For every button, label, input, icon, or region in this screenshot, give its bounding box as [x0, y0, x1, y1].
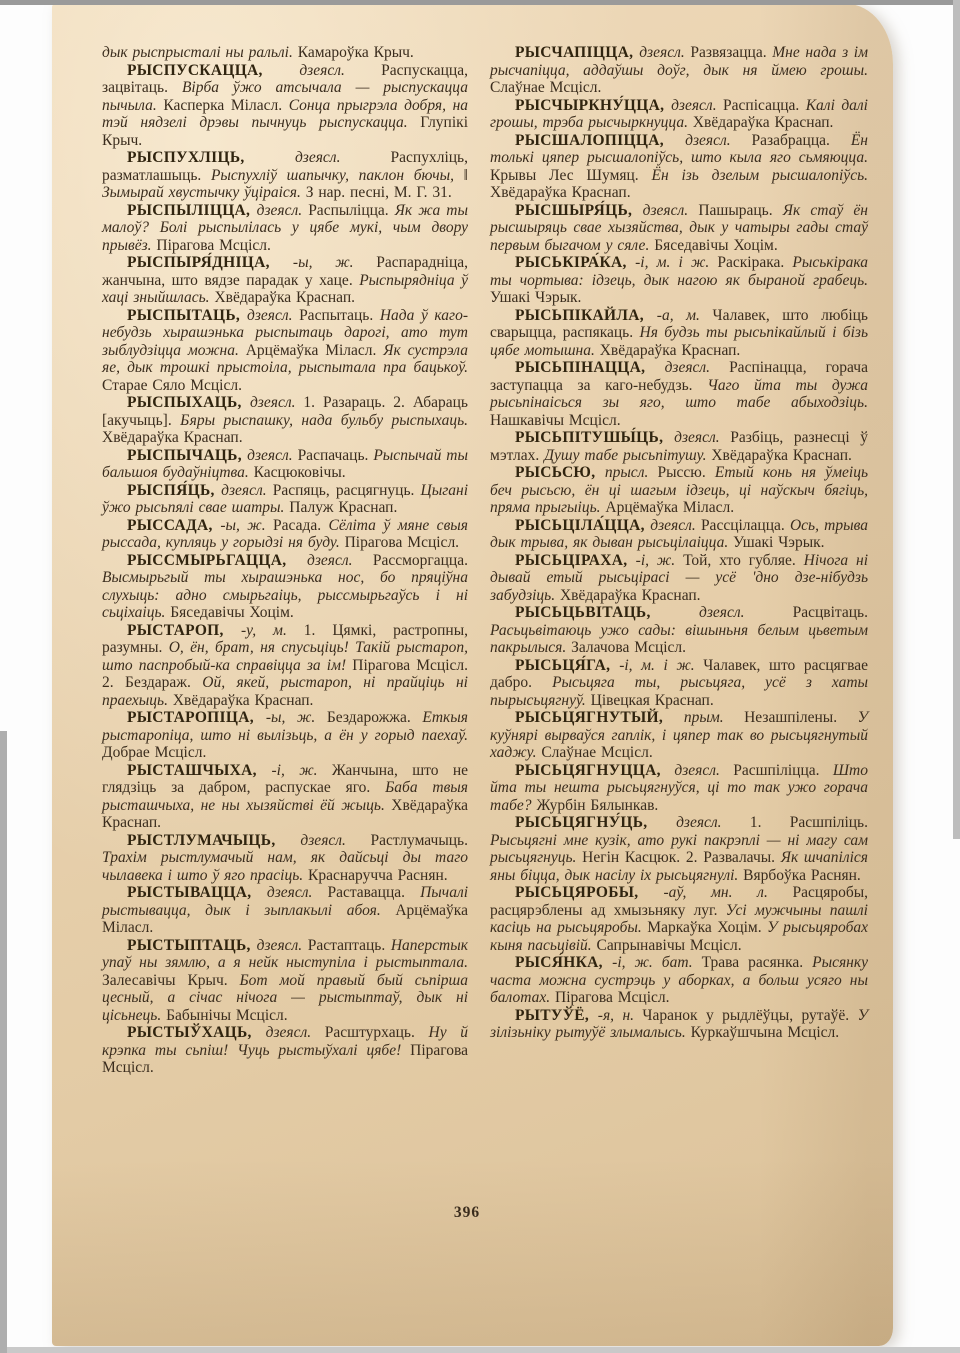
dictionary-entry: РЫСТЫПТАЦЬ, дзеясл. Растаптаць. Наперсты…: [102, 937, 468, 1025]
entry-roman-text: Незашпілены.: [744, 709, 857, 726]
entry-headword: РЫССАДА,: [127, 517, 220, 534]
dictionary-entry: РЫСТАШЧЫХА, -і, ж. Жанчына, што не глядз…: [102, 762, 468, 832]
entry-roman-text: Распачаць.: [298, 447, 374, 464]
dictionary-entry: РЫСЯ́НКА, -і, ж. бат. Трава расянка. Рыс…: [490, 954, 868, 1007]
dictionary-entry: РЫСТЛУМАЧЫЦЬ, дзеясл. Растлумачыць. Трах…: [102, 832, 468, 885]
entry-italic-text: дзеясл.: [300, 832, 370, 849]
entry-roman-text: Пірагова Мсцісл.: [345, 534, 459, 551]
page-number: 396: [102, 1204, 832, 1222]
entry-roman-text: Раскірака.: [717, 254, 792, 271]
dictionary-entry: РЫСЬЦІРАХА, -і, ж. Той, хто губляе. Нічо…: [490, 552, 868, 605]
dictionary-entry: РЫСШАЛОПІЦЦА, дзеясл. Разабрацца. Ён тол…: [490, 132, 868, 202]
scan-edge-right: [953, 0, 960, 839]
entry-italic-text: дзеясл.: [247, 307, 299, 324]
entry-roman-text: Растлумачыць.: [371, 832, 468, 849]
dictionary-entry: РЫСЬЦЯГНУ́ЦЬ, дзеясл. 1. Расшпіліць. Рыс…: [490, 814, 868, 884]
entry-roman-text: Бяседавічы Хоцім.: [170, 604, 294, 621]
entry-roman-text: Раставацца.: [327, 884, 420, 901]
dictionary-entry: дык рыспрысталі ны ральлі. Камароўка Кры…: [102, 44, 468, 62]
entry-roman-text: Сапрынавічы Мсцісл.: [597, 937, 742, 954]
entry-italic-text: Ён ізь дзелым рысшалопіўсь.: [651, 167, 868, 184]
entry-roman-text: Расцвітаць.: [793, 604, 868, 621]
entry-headword: РЫСПУСКАЦЦА,: [127, 62, 299, 79]
entry-roman-text: Цівецкая Краснап.: [591, 692, 714, 709]
entry-headword: РЫСЬПІТУШЫ́ЦЬ,: [515, 429, 674, 446]
entry-roman-text: Хвёдараўка Краснап.: [711, 447, 852, 464]
entry-roman-text: Разабрацца.: [752, 132, 851, 149]
entry-roman-text: Хвёдараўка Краснап.: [600, 342, 741, 359]
entry-italic-text: -і, м. і ж.: [635, 254, 717, 271]
entry-roman-text: Растаптаць.: [308, 937, 391, 954]
entry-roman-text: Распыліцца.: [308, 202, 395, 219]
entry-italic-text: дзеясл.: [266, 1024, 325, 1041]
entry-roman-text: Касцюковічы.: [254, 464, 346, 481]
entry-headword: РЫТУЎЁ,: [515, 1007, 598, 1024]
entry-headword: РЫСЬПІКАЙЛА,: [515, 307, 657, 324]
dictionary-entry: РЫСЬПІТУШЫ́ЦЬ, дзеясл. Разбіць, разнесці…: [490, 429, 868, 464]
entry-headword: РЫСЬЦЯ́ГА,: [515, 657, 619, 674]
entry-headword: РЫСЧАПІЦЦА,: [515, 44, 639, 61]
scan-edge-top: [0, 0, 960, 5]
entry-roman-text: Добрае Мсцісл.: [102, 744, 206, 761]
entry-headword: РЫСЯ́НКА,: [515, 954, 612, 971]
entry-headword: РЫСПЫХАЦЬ,: [127, 394, 250, 411]
dictionary-entry: РЫСЬЦЯРОБЫ, -аў, мн. л. Расцяробы, расця…: [490, 884, 868, 954]
entry-roman-text: Хвёдараўка Краснап.: [490, 184, 631, 201]
entry-headword: РЫСШАЛОПІЦЦА,: [515, 132, 685, 149]
entry-roman-text: Слаўнае Мсцісл.: [541, 744, 652, 761]
dictionary-entry: РЫСПЫЛІЦЦА, дзеясл. Распыліцца. Як жа ты…: [102, 202, 468, 255]
entry-roman-text: Пірагова Мсцісл.: [156, 237, 270, 254]
entry-headword: РЫСЬПІНАЦЦА,: [515, 359, 665, 376]
dictionary-entry: РЫСШЫРЯ́ЦЬ, дзеясл. Пашыраць. Як стаў ён…: [490, 202, 868, 255]
entry-headword: РЫСЬКІРА́КА,: [515, 254, 635, 271]
entry-italic-text: дзеясл.: [643, 202, 699, 219]
entry-roman-text: Хвёдараўка Краснап.: [693, 114, 834, 131]
entry-roman-text: Бяседавічы Хоцім.: [654, 237, 778, 254]
dictionary-entry: РЫСЬПІКАЙЛА, -а, м. Чалавек, што любіць …: [490, 307, 868, 360]
entry-roman-text: Рассцілацца.: [701, 517, 790, 534]
entry-roman-text: Рассморгацца.: [373, 552, 468, 569]
entry-roman-text: Палуж Краснап.: [289, 499, 397, 516]
entry-roman-text: Куркаўшчына Мсцісл.: [691, 1024, 840, 1041]
dictionary-entry: РЫСПЫЧАЦЬ, дзеясл. Распачаць. Рыспычай т…: [102, 447, 468, 482]
entry-roman-text: Расшпіліцца.: [733, 762, 833, 779]
entry-roman-text: Ушакі Чэрык.: [490, 289, 581, 306]
entry-roman-text: Распісацца.: [723, 97, 806, 114]
entry-roman-text: Расштурхаць.: [325, 1024, 429, 1041]
entry-italic-text: дзеясл.: [247, 447, 297, 464]
dictionary-text-area: дык рыспрысталі ны ральлі. Камароўка Кры…: [102, 44, 868, 1077]
entry-headword: РЫСПЫРЯ́ДНІЦА,: [127, 254, 293, 271]
entry-roman-text: Негін Касцюк. 2. Развалачы.: [582, 849, 781, 866]
entry-italic-text: -і, ж. бат.: [612, 954, 701, 971]
entry-headword: РЫСПЫТАЦЬ,: [127, 307, 247, 324]
entry-roman-text: Распяць, расцягнуць.: [273, 482, 421, 499]
dictionary-entry: РЫСТЫВАЦЦА, дзеясл. Раставацца. Пычалі р…: [102, 884, 468, 937]
entry-roman-text: Хвёдараўка Краснап.: [102, 429, 243, 446]
entry-italic-text: -ы, ж.: [220, 517, 273, 534]
text-column-right: РЫСЧАПІЦЦА, дзеясл. Развязацца. Мне нада…: [490, 44, 868, 1077]
entry-italic-text: дзеясл.: [685, 132, 751, 149]
dictionary-entry: РЫСПУСКАЦЦА, дзеясл. Распускацца, зацвіт…: [102, 62, 468, 150]
entry-headword: РЫСТЛУМАЧЫЦЬ,: [127, 832, 300, 849]
entry-headword: РЫСПЫЛІЦЦА,: [127, 202, 257, 219]
entry-headword: РЫСЬСЮ,: [515, 464, 605, 481]
entry-italic-text: дзеясл.: [267, 884, 328, 901]
entry-italic-text: Душу табе рысьпітушу.: [544, 447, 711, 464]
dictionary-entry: РЫСПЫТАЦЬ, дзеясл. Распытаць. Нада ў каг…: [102, 307, 468, 395]
scan-edge-bottom: [0, 1347, 960, 1353]
text-column-left: дык рыспрысталі ны ральлі. Камароўка Кры…: [102, 44, 468, 1077]
entry-italic-text: -аў, мн. л.: [663, 884, 792, 901]
entry-roman-text: Камароўка Крыч.: [298, 44, 414, 61]
entry-italic-text: дзеясл.: [674, 429, 730, 446]
entry-italic-text: Бяры рыспашку, нада бульбу рыспыхаць.: [180, 412, 468, 429]
scan-edge-left: [0, 731, 7, 1353]
entry-roman-text: Чаранок у рыдлёўцы, рутаўё.: [642, 1007, 857, 1024]
entry-headword: РЫСШЫРЯ́ЦЬ,: [515, 202, 643, 219]
entry-italic-text: дзеясл.: [299, 62, 381, 79]
entry-headword: РЫСЬЦЯГНУТЫЙ,: [515, 709, 684, 726]
entry-italic-text: -я, н.: [598, 1007, 643, 1024]
entry-roman-text: Журбін Бялынкав.: [536, 797, 658, 814]
entry-roman-text: Той, хто губляе.: [683, 552, 804, 569]
entry-roman-text: Залесавічы Крыч.: [102, 972, 240, 989]
entry-headword: РЫСТЫПТАЦЬ,: [127, 937, 257, 954]
entry-headword: РЫСЧЫРКНУ́ЦЦА,: [515, 97, 671, 114]
entry-italic-text: дзеясл.: [250, 394, 303, 411]
entry-headword: РЫСПУХЛІЦЬ,: [127, 149, 295, 166]
entry-headword: РЫСПЯ́ЦЬ,: [127, 482, 221, 499]
entry-roman-text: Нашкавічы Мсцісл.: [490, 412, 621, 429]
entry-roman-text: Арцёмаўка Міласл.: [605, 499, 734, 516]
entry-roman-text: Арцёмаўка Міласл.: [246, 342, 384, 359]
entry-italic-text: дзеясл.: [671, 97, 723, 114]
entry-italic-text: дзеясл.: [676, 814, 750, 831]
dictionary-entry: РЫСЬЦЬВІТАЦЬ, дзеясл. Расцвітаць. Расьць…: [490, 604, 868, 657]
book-page-paper: дык рыспрысталі ны ральлі. Камароўка Кры…: [52, 4, 893, 1346]
dictionary-entry: РЫТУЎЁ, -я, н. Чаранок у рыдлёўцы, рутаў…: [490, 1007, 868, 1042]
entry-roman-text: Распытаць.: [299, 307, 380, 324]
entry-italic-text: дзеясл.: [665, 359, 730, 376]
entry-italic-text: дык рыспрысталі ны ральлі.: [102, 44, 298, 61]
entry-roman-text: Бездарожжа.: [327, 709, 422, 726]
entry-italic-text: -ы, ж.: [266, 709, 327, 726]
entry-italic-text: -а, м.: [657, 307, 713, 324]
dictionary-entry: РЫСТАРОПІЦА, -ы, ж. Бездарожжа. Еткыя ры…: [102, 709, 468, 762]
entry-italic-text: дзеясл.: [650, 517, 701, 534]
dictionary-entry: РЫСЬЦЯГНУТЫЙ, прым. Незашпілены. У куўня…: [490, 709, 868, 762]
entry-italic-text: дзеясл.: [639, 44, 690, 61]
dictionary-entry: РЫССМЫРЬГАЦЦА, дзеясл. Рассморгацца. Выс…: [102, 552, 468, 622]
dictionary-entry: РЫСЬЦЯ́ГА, -і, м. і ж. Чалавек, што расц…: [490, 657, 868, 710]
entry-headword: РЫСТЫВАЦЦА,: [127, 884, 267, 901]
dictionary-entry: РЫСПЫРЯ́ДНІЦА, -ы, ж. Распарадніца, жанч…: [102, 254, 468, 307]
dictionary-entry: РЫСЬПІНАЦЦА, дзеясл. Распінацца, горача …: [490, 359, 868, 429]
entry-roman-text: Слаўнае Мсцісл.: [490, 79, 601, 96]
dictionary-entry: РЫСТАРОП, -у, м. 1. Цямкі, растропны, ра…: [102, 622, 468, 710]
entry-roman-text: Хвёдараўка Краснап.: [173, 692, 314, 709]
entry-roman-text: Трава расянка.: [702, 954, 813, 971]
entry-roman-text: Развязацца.: [690, 44, 772, 61]
entry-headword: РЫСЬЦЬВІТАЦЬ,: [515, 604, 699, 621]
entry-roman-text: 1. Расшпіліць.: [750, 814, 868, 831]
entry-italic-text: -ы, ж.: [293, 254, 376, 271]
entry-headword: РЫСЬЦІРАХА,: [515, 552, 636, 569]
entry-roman-text: Пашыраць.: [698, 202, 782, 219]
entry-headword: РЫСТАРОП,: [127, 622, 241, 639]
entry-roman-text: Бабынічы Мсцісл.: [166, 1007, 288, 1024]
entry-roman-text: Краснаручча Раснян.: [308, 867, 448, 884]
entry-headword: РЫСТАШЧЫХА,: [127, 762, 272, 779]
entry-italic-text: -і, ж.: [636, 552, 683, 569]
entry-roman-text: Маркаўка Хоцім.: [647, 919, 767, 936]
dictionary-entry: РЫСЧАПІЦЦА, дзеясл. Развязацца. Мне нада…: [490, 44, 868, 97]
entry-headword: РЫСЬЦІЛА́ЦЦА,: [515, 517, 650, 534]
entry-italic-text: дзеясл.: [257, 202, 309, 219]
entry-roman-text: Крывы Лес Шумяц.: [490, 167, 651, 184]
entry-italic-text: -і, м. і ж.: [619, 657, 703, 674]
dictionary-entry: РЫСЬЦЯГНУЦЦА, дзеясл. Расшпіліцца. Што й…: [490, 762, 868, 815]
entry-italic-text: дзеясл.: [221, 482, 273, 499]
entry-roman-text: Хвёдараўка Краснап.: [560, 587, 701, 604]
entry-headword: РЫСПЫЧАЦЬ,: [127, 447, 247, 464]
entry-roman-text: З нар. песні, М. Г. 31.: [306, 184, 452, 201]
dictionary-entry: РЫСЬСЮ, прысл. Рыссю. Етый конь ня ўмеіц…: [490, 464, 868, 517]
dictionary-entry: РЫСЧЫРКНУ́ЦЦА, дзеясл. Распісацца. Калі …: [490, 97, 868, 132]
entry-roman-text: Рыссю.: [657, 464, 714, 481]
entry-italic-text: прысл.: [605, 464, 658, 481]
entry-headword: РЫСЬЦЯГНУ́ЦЬ,: [515, 814, 676, 831]
entry-roman-text: Хвёдараўка Краснап.: [214, 289, 355, 306]
entry-roman-text: Пірагова Мсцісл.: [555, 989, 669, 1006]
entry-headword: РЫСЬЦЯРОБЫ,: [515, 884, 663, 901]
entry-headword: РЫССМЫРЬГАЦЦА,: [127, 552, 307, 569]
entry-italic-text: дзеясл.: [674, 762, 733, 779]
entry-roman-text: Старае Сяло Мсцісл.: [102, 377, 242, 394]
entry-roman-text: Ушакі Чэрык.: [733, 534, 824, 551]
entry-italic-text: дзеясл.: [699, 604, 793, 621]
entry-roman-text: Вярбоўка Раснян.: [743, 867, 861, 884]
entry-roman-text: Залачова Мсцісл.: [571, 639, 686, 656]
dictionary-entry: РЫССАДА, -ы, ж. Расада. Сёліта ў мяне св…: [102, 517, 468, 552]
dictionary-entry: РЫСПЯ́ЦЬ, дзеясл. Распяць, расцягнуць. Ц…: [102, 482, 468, 517]
entry-headword: РЫСЬЦЯГНУЦЦА,: [515, 762, 674, 779]
entry-roman-text: Касперка Міласл.: [163, 97, 288, 114]
dictionary-entry: РЫСТЫЎХАЦЬ, дзеясл. Расштурхаць. Ну й кр…: [102, 1024, 468, 1077]
entry-italic-text: дзеясл.: [307, 552, 373, 569]
entry-italic-text: -у, м.: [241, 622, 304, 639]
dictionary-entry: РЫСЬКІРА́КА, -і, м. і ж. Раскірака. Рысь…: [490, 254, 868, 307]
entry-italic-text: дзеясл.: [295, 149, 391, 166]
entry-italic-text: дзеясл.: [257, 937, 308, 954]
dictionary-entry: РЫСЬЦІЛА́ЦЦА, дзеясл. Рассцілацца. Ось, …: [490, 517, 868, 552]
dictionary-entry: РЫСПЫХАЦЬ, дзеясл. 1. Разараць. 2. Абара…: [102, 394, 468, 447]
dictionary-entry: РЫСПУХЛІЦЬ, дзеясл. Распухліць, разматла…: [102, 149, 468, 202]
entry-headword: РЫСТАРОПІЦА,: [127, 709, 266, 726]
entry-headword: РЫСТЫЎХАЦЬ,: [127, 1024, 266, 1041]
entry-roman-text: Расада.: [273, 517, 329, 534]
entry-italic-text: прым.: [684, 709, 744, 726]
entry-italic-text: -і, ж.: [272, 762, 332, 779]
